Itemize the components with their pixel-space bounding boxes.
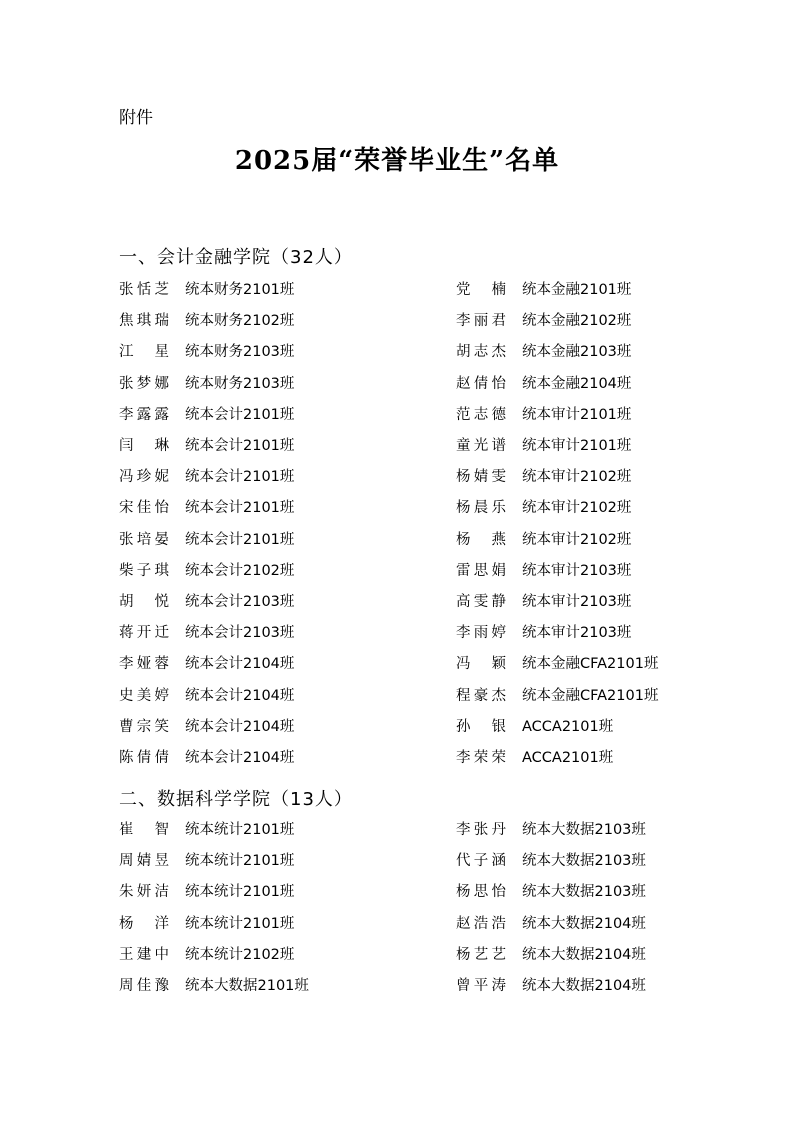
section-heading-data-science: 二、数据科学学院（13人） — [119, 785, 353, 811]
list-item: 童光谱统本审计2101班 — [456, 436, 631, 456]
list-item: 冯 颖统本金融CFA2101班 — [456, 654, 658, 674]
student-name: 杨晨乐 — [456, 498, 506, 518]
student-class: 统本会计2104班 — [185, 748, 294, 768]
attachment-label: 附件 — [119, 103, 153, 128]
list-item: 李娅蓉统本会计2104班 — [119, 654, 294, 674]
student-name: 李雨婷 — [456, 623, 506, 643]
student-class: 统本大数据2103班 — [522, 820, 646, 840]
student-class: 统本会计2101班 — [185, 436, 294, 456]
list-item: 蒋开迁统本会计2103班 — [119, 623, 294, 643]
student-name: 程豪杰 — [456, 686, 506, 706]
list-item: 高雯静统本审计2103班 — [456, 592, 631, 612]
list-item: 冯珍妮统本会计2101班 — [119, 467, 294, 487]
student-class: 统本会计2102班 — [185, 561, 294, 581]
list-item: 江 星统本财务2103班 — [119, 342, 294, 362]
list-item: 李丽君统本金融2102班 — [456, 311, 631, 331]
student-name: 胡志杰 — [456, 342, 506, 362]
page-title: 2025届“荣誉毕业生”名单 — [0, 140, 794, 177]
student-class: 统本大数据2104班 — [522, 976, 646, 996]
student-name: 李荣荣 — [456, 748, 506, 768]
list-item: 赵倩怡统本金融2104班 — [456, 374, 631, 394]
student-class: 统本金融2102班 — [522, 311, 631, 331]
student-class: 统本会计2103班 — [185, 623, 294, 643]
list-item: 张培晏统本会计2101班 — [119, 530, 294, 550]
student-name: 王建中 — [119, 945, 169, 965]
list-item: 胡志杰统本金融2103班 — [456, 342, 631, 362]
student-name: 范志德 — [456, 405, 506, 425]
student-name: 张梦娜 — [119, 374, 169, 394]
list-item: 朱妍洁统本统计2101班 — [119, 882, 294, 902]
student-class: 统本审计2101班 — [522, 405, 631, 425]
student-name: 周佳豫 — [119, 976, 169, 996]
student-name: 杨思怡 — [456, 882, 506, 902]
student-class: 统本大数据2104班 — [522, 914, 646, 934]
student-class: 统本大数据2104班 — [522, 945, 646, 965]
list-item: 雷思娟统本审计2103班 — [456, 561, 631, 581]
list-item: 杨婧雯统本审计2102班 — [456, 467, 631, 487]
student-class: 统本会计2101班 — [185, 467, 294, 487]
student-class: 统本财务2102班 — [185, 311, 294, 331]
student-class: 统本大数据2103班 — [522, 851, 646, 871]
student-class: 统本统计2101班 — [185, 882, 294, 902]
list-item: 史美婷统本会计2104班 — [119, 686, 294, 706]
student-name: 李露露 — [119, 405, 169, 425]
list-item: 杨 洋统本统计2101班 — [119, 914, 294, 934]
list-item: 杨 燕统本审计2102班 — [456, 530, 631, 550]
list-item: 范志德统本审计2101班 — [456, 405, 631, 425]
list-item: 党 楠统本金融2101班 — [456, 280, 631, 300]
student-name: 张培晏 — [119, 530, 169, 550]
student-class: 统本会计2104班 — [185, 654, 294, 674]
student-class: 统本审计2103班 — [522, 561, 631, 581]
student-name: 陈倩倩 — [119, 748, 169, 768]
student-class: 统本金融2101班 — [522, 280, 631, 300]
student-class: 统本金融2104班 — [522, 374, 631, 394]
student-name: 胡 悦 — [119, 592, 169, 612]
student-name: 杨 洋 — [119, 914, 169, 934]
student-name: 闫 琳 — [119, 436, 169, 456]
student-name: 周婧昱 — [119, 851, 169, 871]
student-class: 统本会计2101班 — [185, 405, 294, 425]
section-heading-accounting-finance: 一、会计金融学院（32人） — [119, 243, 353, 269]
list-item: 张恬芝统本财务2101班 — [119, 280, 294, 300]
student-class: 统本审计2103班 — [522, 623, 631, 643]
list-item: 崔 智统本统计2101班 — [119, 820, 294, 840]
student-name: 蒋开迁 — [119, 623, 169, 643]
list-item: 周婧昱统本统计2101班 — [119, 851, 294, 871]
list-item: 程豪杰统本金融CFA2101班 — [456, 686, 658, 706]
student-class: 统本审计2102班 — [522, 530, 631, 550]
student-name: 雷思娟 — [456, 561, 506, 581]
student-class: 统本审计2103班 — [522, 592, 631, 612]
student-name: 李娅蓉 — [119, 654, 169, 674]
student-class: 统本统计2101班 — [185, 914, 294, 934]
student-class: 统本金融2103班 — [522, 342, 631, 362]
list-item: 宋佳怡统本会计2101班 — [119, 498, 294, 518]
student-class: 统本会计2104班 — [185, 686, 294, 706]
student-name: 曹宗笑 — [119, 717, 169, 737]
student-name: 朱妍洁 — [119, 882, 169, 902]
student-class: 统本大数据2101班 — [185, 976, 309, 996]
student-class: 统本审计2102班 — [522, 498, 631, 518]
student-name: 冯珍妮 — [119, 467, 169, 487]
list-item: 曹宗笑统本会计2104班 — [119, 717, 294, 737]
student-class: 统本会计2101班 — [185, 530, 294, 550]
student-class: 统本统计2102班 — [185, 945, 294, 965]
list-item: 李张丹统本大数据2103班 — [456, 820, 646, 840]
list-item: 焦琪瑞统本财务2102班 — [119, 311, 294, 331]
student-name: 焦琪瑞 — [119, 311, 169, 331]
student-class: 统本会计2103班 — [185, 592, 294, 612]
student-name: 党 楠 — [456, 280, 506, 300]
list-item: 李雨婷统本审计2103班 — [456, 623, 631, 643]
student-class: 统本会计2101班 — [185, 498, 294, 518]
student-class: 统本统计2101班 — [185, 820, 294, 840]
student-class: ACCA2101班 — [522, 748, 613, 768]
student-class: 统本会计2104班 — [185, 717, 294, 737]
student-name: 冯 颖 — [456, 654, 506, 674]
list-item: 曾平涛统本大数据2104班 — [456, 976, 646, 996]
list-item: 张梦娜统本财务2103班 — [119, 374, 294, 394]
student-name: 张恬芝 — [119, 280, 169, 300]
student-class: 统本大数据2103班 — [522, 882, 646, 902]
student-name: 宋佳怡 — [119, 498, 169, 518]
student-name: 孙 银 — [456, 717, 506, 737]
student-class: 统本财务2101班 — [185, 280, 294, 300]
student-name: 崔 智 — [119, 820, 169, 840]
list-item: 代子涵统本大数据2103班 — [456, 851, 646, 871]
list-item: 赵浩浩统本大数据2104班 — [456, 914, 646, 934]
student-name: 李张丹 — [456, 820, 506, 840]
list-item: 李荣荣ACCA2101班 — [456, 748, 613, 768]
student-class: 统本财务2103班 — [185, 374, 294, 394]
student-name: 江 星 — [119, 342, 169, 362]
list-item: 胡 悦统本会计2103班 — [119, 592, 294, 612]
student-name: 李丽君 — [456, 311, 506, 331]
list-item: 孙 银ACCA2101班 — [456, 717, 613, 737]
student-name: 杨婧雯 — [456, 467, 506, 487]
student-name: 赵倩怡 — [456, 374, 506, 394]
student-class: ACCA2101班 — [522, 717, 613, 737]
list-item: 周佳豫统本大数据2101班 — [119, 976, 309, 996]
student-name: 童光谱 — [456, 436, 506, 456]
list-item: 柴子琪统本会计2102班 — [119, 561, 294, 581]
list-item: 杨艺艺统本大数据2104班 — [456, 945, 646, 965]
student-name: 杨 燕 — [456, 530, 506, 550]
student-name: 赵浩浩 — [456, 914, 506, 934]
list-item: 闫 琳统本会计2101班 — [119, 436, 294, 456]
list-item: 李露露统本会计2101班 — [119, 405, 294, 425]
student-class: 统本审计2102班 — [522, 467, 631, 487]
list-item: 杨思怡统本大数据2103班 — [456, 882, 646, 902]
student-name: 柴子琪 — [119, 561, 169, 581]
student-class: 统本审计2101班 — [522, 436, 631, 456]
student-class: 统本金融CFA2101班 — [522, 654, 658, 674]
student-class: 统本财务2103班 — [185, 342, 294, 362]
student-name: 高雯静 — [456, 592, 506, 612]
student-name: 代子涵 — [456, 851, 506, 871]
student-name: 史美婷 — [119, 686, 169, 706]
student-name: 杨艺艺 — [456, 945, 506, 965]
student-name: 曾平涛 — [456, 976, 506, 996]
list-item: 陈倩倩统本会计2104班 — [119, 748, 294, 768]
list-item: 王建中统本统计2102班 — [119, 945, 294, 965]
list-item: 杨晨乐统本审计2102班 — [456, 498, 631, 518]
student-class: 统本统计2101班 — [185, 851, 294, 871]
student-class: 统本金融CFA2101班 — [522, 686, 658, 706]
